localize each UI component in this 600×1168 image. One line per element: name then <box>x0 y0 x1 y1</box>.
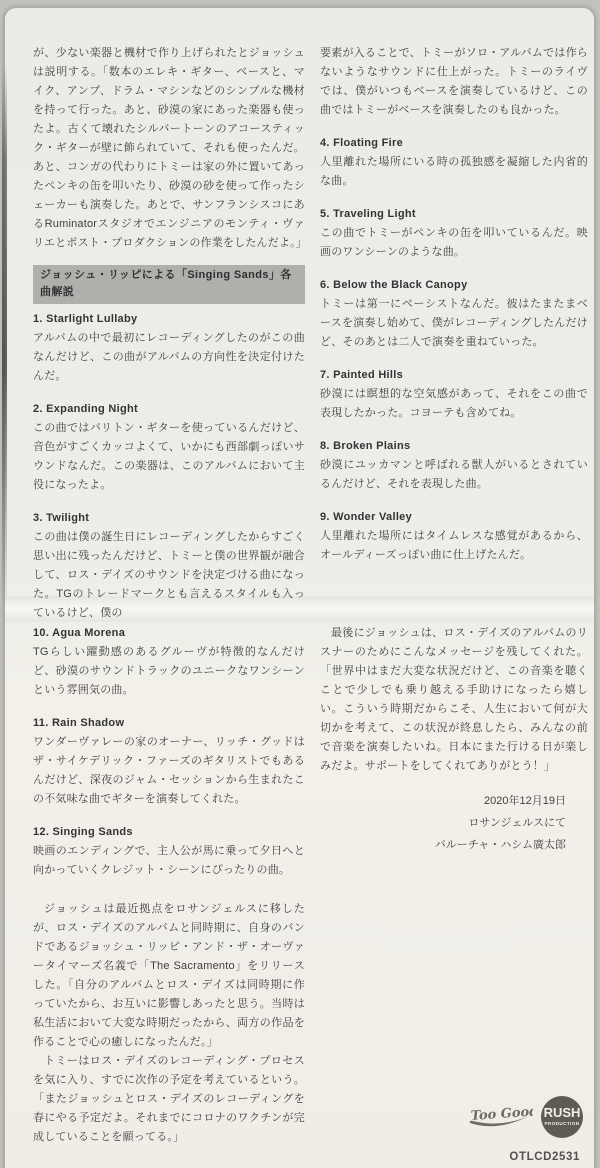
track-6-title: 6. Below the Black Canopy <box>320 276 588 295</box>
track-8: 8. Broken Plains 砂漠にユッカマンと呼ばれる獣人がいるとされてい… <box>320 437 588 494</box>
track-12-description: 映画のエンディングで、主人公が馬に乗って夕日へと向かっていくクレジット・シーンに… <box>33 842 305 880</box>
too-good-records-logo: Too Good <box>467 1098 533 1138</box>
track-1-title: 1. Starlight Lullaby <box>33 310 305 329</box>
track-4-description: 人里離れた場所にいる時の孤独感を凝縮した内省的な曲。 <box>320 153 588 191</box>
track-3-title: 3. Twilight <box>33 509 305 528</box>
track-2-description: この曲ではバリトン・ギターを使っているんだけど、音色がすごくカッコよくて、いかに… <box>33 419 305 495</box>
too-good-logo-text: Too Good <box>470 1104 533 1124</box>
track-3-continuation: 要素が入ることで、トミーがソロ・アルバムでは作らないようなサウンドに仕上がった。… <box>320 44 588 120</box>
track-9-title: 9. Wonder Valley <box>320 508 588 527</box>
track-8-title: 8. Broken Plains <box>320 437 588 456</box>
track-2-title: 2. Expanding Night <box>33 400 305 419</box>
track-12-title: 12. Singing Sands <box>33 823 305 842</box>
track-11: 11. Rain Shadow ワンダーヴァレーの家のオーナー、リッチ・グッドは… <box>33 714 305 809</box>
track-3-description: この曲は僕の誕生日にレコーディングしたからすごく思い出に残ったんだけど、トミーと… <box>33 528 305 623</box>
signature-place: ロサンジェルスにて <box>320 812 566 834</box>
track-3: 3. Twilight この曲は僕の誕生日にレコーディングしたからすごく思い出に… <box>33 509 305 623</box>
track-11-title: 11. Rain Shadow <box>33 714 305 733</box>
section-heading: ジョッシュ・リッピによる「Singing Sands」各曲解説 <box>33 265 305 304</box>
label-logos: Too Good RUSH PRODUCTION <box>467 1094 585 1142</box>
track-1: 1. Starlight Lullaby アルバムの中で最初にレコーディングした… <box>33 310 305 386</box>
intro-paragraph: が、少ない楽器と機材で作り上げられたとジョッシュは説明する。「数本のエレキ・ギタ… <box>33 44 305 253</box>
afterword-paragraph-1: ジョッシュは最近拠点をロサンジェルスに移したが、ロス・デイズのアルバムと同時期に… <box>33 900 305 1052</box>
signature-author: バルーチャ・ハシム廣太郎 <box>320 834 566 856</box>
scan-background: が、少ない楽器と機材で作り上げられたとジョッシュは説明する。「数本のエレキ・ギタ… <box>0 0 600 1168</box>
rush-logo-subtext: PRODUCTION <box>545 1121 580 1126</box>
signature-date: 2020年12月19日 <box>320 790 566 812</box>
track-6: 6. Below the Black Canopy トミーは第一にベーシストなん… <box>320 276 588 352</box>
afterword-paragraph-2: トミーはロス・デイズのレコーディング・プロセスを気に入り、すでに次作の予定を考え… <box>33 1052 305 1147</box>
track-7: 7. Painted Hills 砂漠には瞑想的な空気感があって、それをこの曲で… <box>320 366 588 423</box>
track-5-title: 5. Traveling Light <box>320 205 588 224</box>
track-7-description: 砂漠には瞑想的な空気感があって、それをこの曲で表現したかった。コヨーテも含めてね… <box>320 385 588 423</box>
rush-logo-word: RUSH <box>544 1105 581 1120</box>
page-edge-shadow <box>2 63 7 613</box>
track-5-description: この曲でトミーがペンキの缶を叩いているんだ。映画のワンシーンのような曲。 <box>320 224 588 262</box>
track-9: 9. Wonder Valley 人里離れた場所にはタイムレスな感覚があるから、… <box>320 508 588 565</box>
track-8-description: 砂漠にユッカマンと呼ばれる獣人がいるとされているんだけど、それを表現した曲。 <box>320 456 588 494</box>
catalog-number: OTLCD2531 <box>460 1151 580 1163</box>
booklet-page: が、少ない楽器と機材で作り上げられたとジョッシュは説明する。「数本のエレキ・ギタ… <box>4 7 595 1168</box>
track-6-description: トミーは第一にベーシストなんだ。彼はたまたまベースを演奏し始めて、僕がレコーディ… <box>320 295 588 352</box>
bottom-left-column: 10. Agua Morena TGらしい躍動感のあるグルーヴが特徴的なんだけど… <box>33 624 305 1147</box>
track-7-title: 7. Painted Hills <box>320 366 588 385</box>
bottom-right-column: 最後にジョッシュは、ロス・デイズのアルバムのリスナーのためにこんなメッセージを残… <box>320 624 588 856</box>
track-1-description: アルバムの中で最初にレコーディングしたのがこの曲なんだけど、この曲がアルバムの方… <box>33 329 305 386</box>
closing-message-paragraph: 最後にジョッシュは、ロス・デイズのアルバムのリスナーのためにこんなメッセージを残… <box>320 624 588 776</box>
track-11-description: ワンダーヴァレーの家のオーナー、リッチ・グッドはザ・サイケデリック・ファーズのギ… <box>33 733 305 809</box>
track-5: 5. Traveling Light この曲でトミーがペンキの缶を叩いているんだ… <box>320 205 588 262</box>
track-4-title: 4. Floating Fire <box>320 134 588 153</box>
signature-block: 2020年12月19日 ロサンジェルスにて バルーチャ・ハシム廣太郎 <box>320 790 588 856</box>
track-10-description: TGらしい躍動感のあるグルーヴが特徴的なんだけど、砂漠のサウンドトラックのユニー… <box>33 643 305 700</box>
track-9-description: 人里離れた場所にはタイムレスな感覚があるから、オールディーズっぽい曲に仕上げたん… <box>320 527 588 565</box>
track-10-title: 10. Agua Morena <box>33 624 305 643</box>
top-left-column: が、少ない楽器と機材で作り上げられたとジョッシュは説明する。「数本のエレキ・ギタ… <box>33 44 305 623</box>
track-4: 4. Floating Fire 人里離れた場所にいる時の孤独感を凝縮した内省的… <box>320 134 588 191</box>
track-12: 12. Singing Sands 映画のエンディングで、主人公が馬に乗って夕日… <box>33 823 305 880</box>
track-10: 10. Agua Morena TGらしい躍動感のあるグルーヴが特徴的なんだけど… <box>33 624 305 700</box>
rush-production-logo: RUSH PRODUCTION <box>539 1094 585 1140</box>
track-2: 2. Expanding Night この曲ではバリトン・ギターを使っているんだ… <box>33 400 305 495</box>
top-right-column: 要素が入ることで、トミーがソロ・アルバムでは作らないようなサウンドに仕上がった。… <box>320 44 588 565</box>
